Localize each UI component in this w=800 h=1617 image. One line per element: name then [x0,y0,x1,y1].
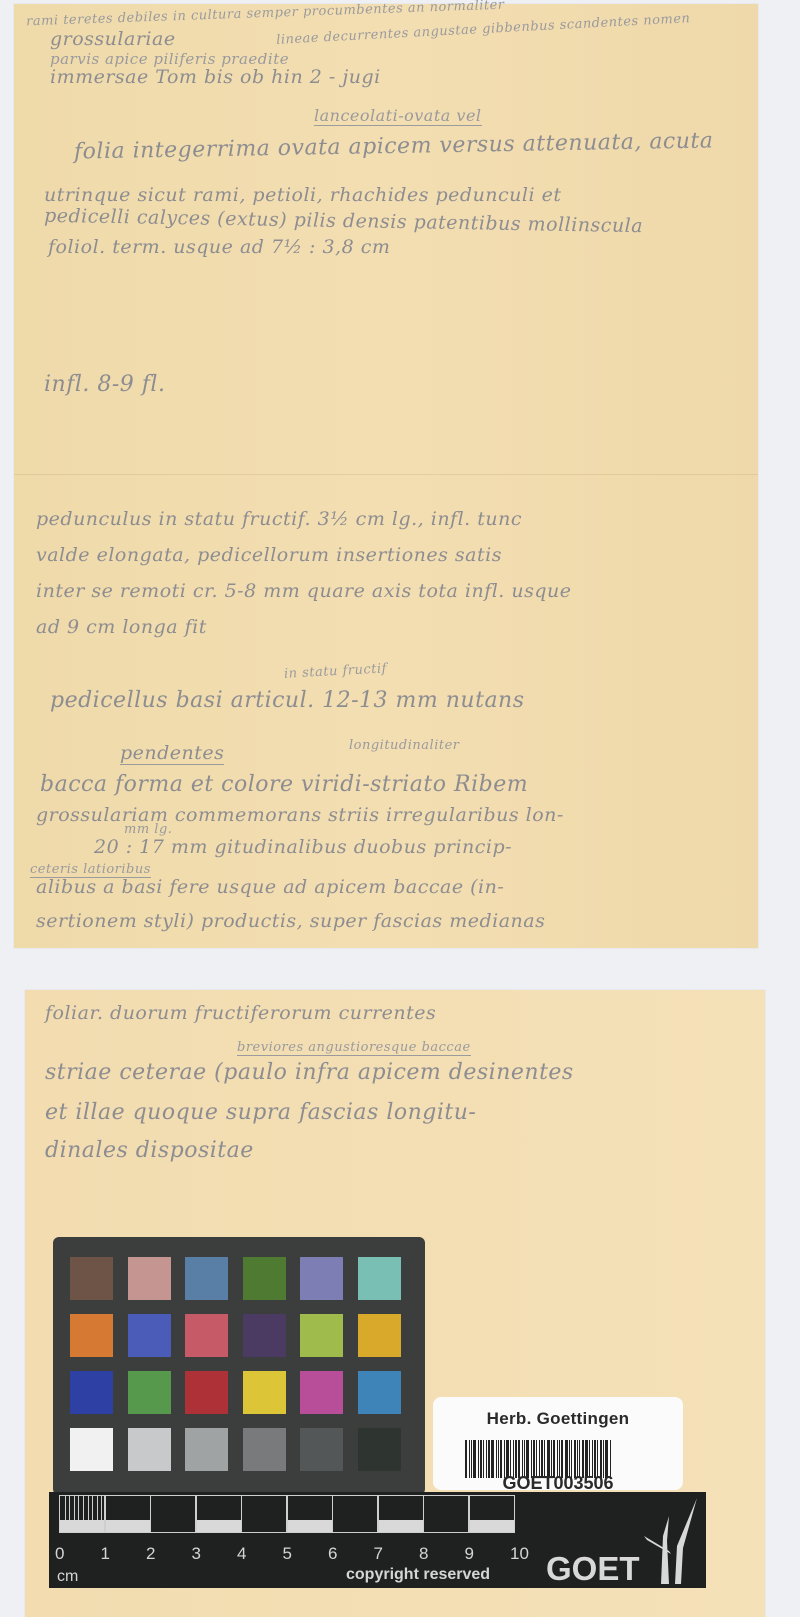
color-swatch [185,1314,228,1357]
handwritten-line: dinales dispositae [45,1138,254,1163]
handwritten-line: infl. 8-9 fl. [44,372,165,397]
ruler-tick-label: 8 [419,1544,428,1564]
color-swatch [300,1314,343,1357]
handwritten-line: sertionem styli) productis, super fascia… [36,910,545,932]
ruler-tick-label: 4 [237,1544,246,1564]
handwritten-line: 20 : 17 mm gitudinalibus duobus princip- [94,836,512,858]
ruler-segment [241,1495,287,1533]
handwritten-line: mm lg. [124,822,172,837]
ruler-segment [469,1495,515,1533]
color-swatch [185,1428,228,1471]
handwritten-line: ad 9 cm longa fit [36,616,207,638]
color-swatch [243,1428,286,1471]
handwritten-line: pedicelli calyces (extus) pilis densis p… [44,205,643,237]
ruler-tick-label: 1 [101,1544,110,1564]
color-swatch [70,1371,113,1414]
color-swatch [300,1428,343,1471]
handwritten-line: inter se remoti cr. 5-8 mm quare axis to… [36,580,572,602]
handwritten-line: lanceolati-ovata vel [314,106,482,126]
color-swatch [128,1314,171,1357]
ruler-segment [59,1495,105,1533]
ruler-tick-label: 5 [283,1544,292,1564]
ruler-scale-bar [59,1495,519,1533]
color-swatch [70,1257,113,1300]
handwritten-line: pedunculus in statu fructif. 3½ cm lg., … [36,508,522,530]
handwritten-line: in statu fructif [284,661,388,681]
top-specimen-sheet: rami teretes debiles in cultura semper p… [14,4,758,948]
color-swatch [358,1314,401,1357]
ruler-segment [105,1495,151,1533]
color-swatch [300,1371,343,1414]
handwritten-line: valde elongata, pedicellorum insertiones… [36,544,502,566]
handwritten-line: pedicellus basi articul. 12-13 mm nutans [50,688,525,713]
color-swatch [358,1371,401,1414]
handwritten-line: breviores angustioresque baccae [237,1040,471,1056]
color-swatch [128,1257,171,1300]
color-swatch [70,1428,113,1471]
ruler-tick-label: 7 [374,1544,383,1564]
color-swatch [128,1371,171,1414]
handwritten-line: immersae Tom bis ob hin 2 - jugi [50,66,381,88]
herbarium-name: Herb. Goettingen [433,1409,683,1429]
fold-line [14,474,758,475]
scale-ruler: 012345678910 cm copyright reserved GOET [49,1492,706,1588]
ruler-segment [150,1495,196,1533]
copyright-text: copyright reserved [346,1566,490,1584]
color-swatch [70,1314,113,1357]
color-swatch [128,1428,171,1471]
herbarium-barcode-label: Herb. Goettingen GOET003506 [433,1397,683,1490]
handwritten-line: et illae quoque supra fascias longitu- [45,1100,476,1125]
handwritten-line: folia integerrima ovata apicem versus at… [74,128,714,164]
handwritten-line: striae ceterae (paulo infra apicem desin… [45,1060,574,1085]
ruler-tick-label: 9 [465,1544,474,1564]
handwritten-line: longitudinaliter [349,738,459,753]
color-swatch [358,1257,401,1300]
ruler-unit: cm [57,1568,78,1586]
color-swatch [300,1257,343,1300]
ruler-tick-label: 10 [510,1544,529,1564]
ruler-segment [287,1495,333,1533]
handwritten-line: utrinque sicut rami, petioli, rhachides … [44,184,562,206]
goet-grass-logo-icon [639,1496,699,1586]
color-swatch [243,1257,286,1300]
ruler-segment [332,1495,378,1533]
color-swatch [358,1428,401,1471]
color-swatch [185,1257,228,1300]
handwritten-line: foliol. term. usque ad 7½ : 3,8 cm [48,236,390,258]
ruler-segment [423,1495,469,1533]
handwritten-line: foliar. duorum fructiferorum currentes [45,1002,436,1024]
color-swatch [243,1371,286,1414]
handwritten-line: alibus a basi fere usque ad apicem bacca… [36,876,504,898]
ruler-tick-label: 0 [55,1544,64,1564]
handwritten-line: grossulariam commemorans striis irregula… [36,804,564,826]
ruler-tick-label: 6 [328,1544,337,1564]
goet-logo-text: GOET [546,1550,640,1588]
handwritten-line: grossulariae [50,28,176,50]
color-swatch [243,1314,286,1357]
ruler-segment [378,1495,424,1533]
ruler-tick-label: 2 [146,1544,155,1564]
color-calibration-chart [53,1237,425,1495]
barcode-value: GOET003506 [433,1473,683,1494]
handwritten-line: bacca forma et colore viridi-striato Rib… [40,772,528,797]
ruler-segment [196,1495,242,1533]
handwritten-line: pendentes [120,742,224,765]
ruler-tick-label: 3 [192,1544,201,1564]
color-swatch [185,1371,228,1414]
